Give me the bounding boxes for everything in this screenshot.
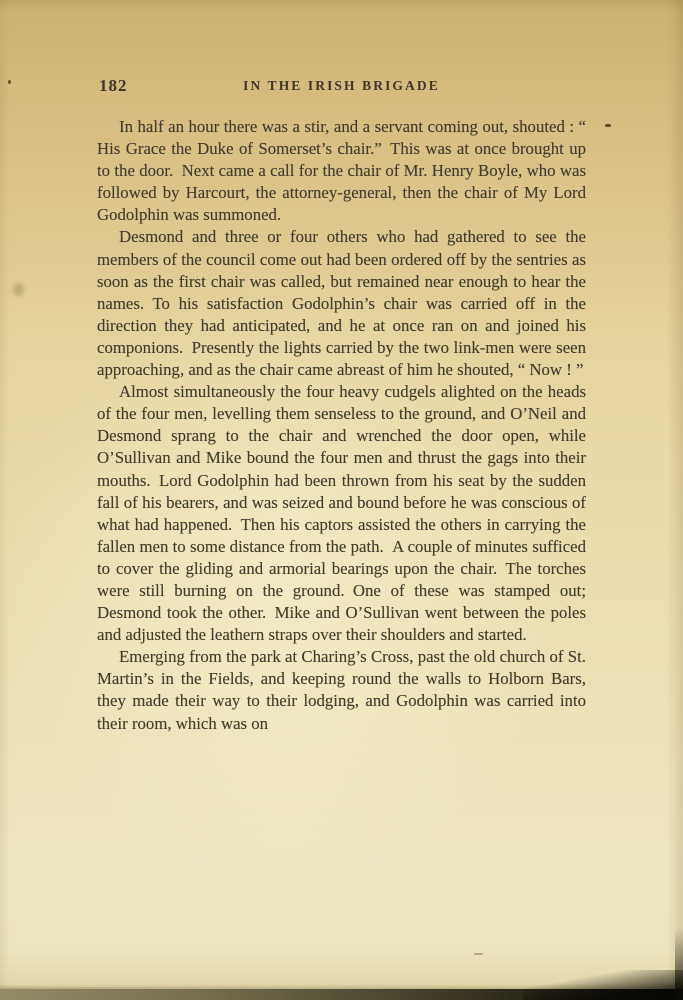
paragraph-4: Emerging from the park at Charing’s Cros…	[97, 646, 586, 734]
paper-smudge	[474, 953, 483, 955]
ink-speck	[8, 80, 11, 84]
bottom-right-corner-shadow	[523, 970, 683, 1000]
ink-speck	[605, 124, 611, 127]
right-edge-shadow	[675, 928, 683, 1000]
paragraph-2: Desmond and three or four others who had…	[97, 226, 586, 381]
paper-smudge	[13, 283, 24, 296]
paragraph-1: In half an hour there was a stir, and a …	[97, 116, 586, 226]
running-header: IN THE IRISH BRIGADE	[97, 78, 586, 94]
paragraph-3: Almost simultaneously the four heavy cud…	[97, 381, 586, 646]
page-header: 182 IN THE IRISH BRIGADE	[97, 76, 586, 98]
body-text: In half an hour there was a stir, and a …	[97, 116, 586, 735]
scanned-book-page: 182 IN THE IRISH BRIGADE In half an hour…	[0, 0, 683, 1000]
